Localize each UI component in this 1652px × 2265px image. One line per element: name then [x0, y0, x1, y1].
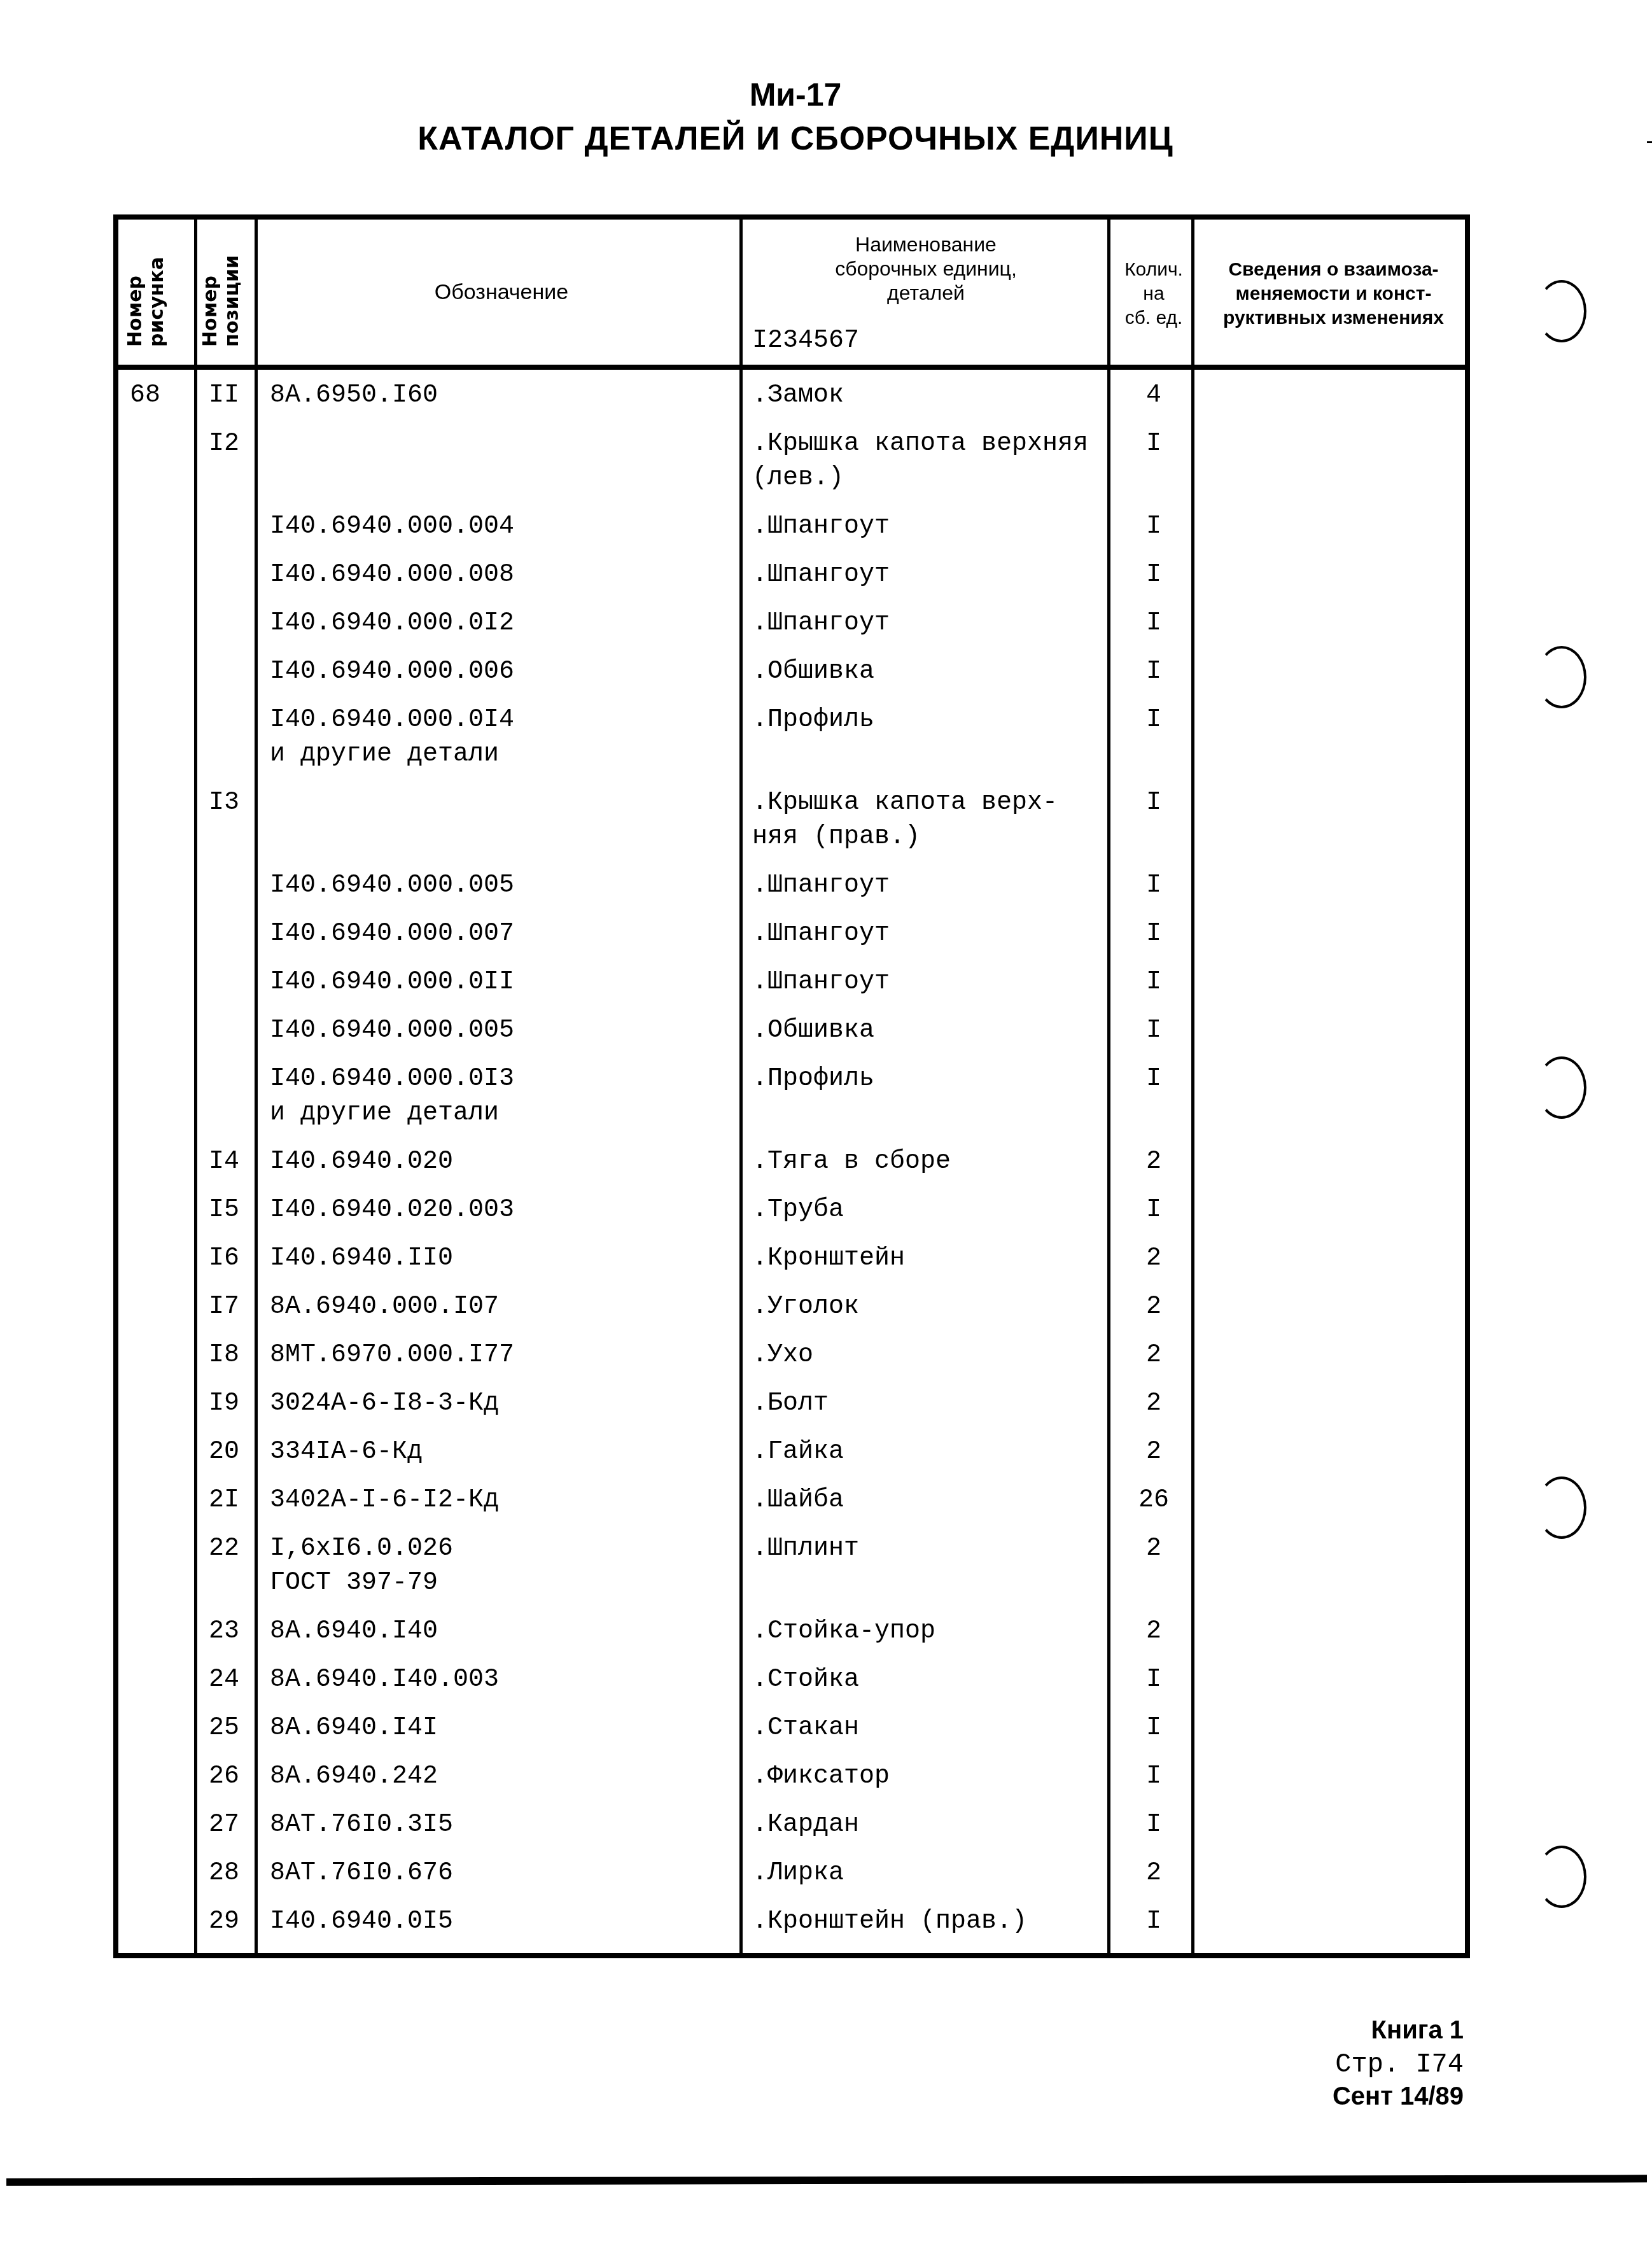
header-position-number: Номер позиции — [200, 255, 243, 347]
designation-cell: 8АТ.76I0.3I5 — [270, 1808, 741, 1842]
quantity-cell: 2 — [1112, 1242, 1195, 1276]
part-name-cell: .Шпангоут — [752, 917, 1109, 951]
punch-hole-icon — [1537, 1476, 1586, 1539]
punch-hole-icon — [1537, 280, 1586, 342]
designation-cell: 8АТ.76I0.676 — [270, 1856, 741, 1891]
header-qty-line2: на — [1112, 282, 1195, 306]
quantity-cell: 2 — [1112, 1387, 1195, 1421]
designation-cell: I40.6940.0I5 — [270, 1905, 741, 1939]
header-name-line3: деталей — [742, 281, 1110, 305]
part-name-cell: .Профиль — [752, 1062, 1109, 1097]
quantity-cell: I — [1112, 510, 1195, 544]
revision-date: Сент 14/89 — [1333, 2082, 1464, 2111]
position-number-cell: 2I — [195, 1483, 253, 1518]
designation-cell: 8А.6940.I40.003 — [270, 1663, 741, 1697]
part-name-cell: .Труба — [752, 1193, 1109, 1228]
part-name-cell: .Уголок — [752, 1290, 1109, 1324]
position-number-cell: I8 — [195, 1338, 253, 1373]
designation-cell: I40.6940.000.0II — [270, 965, 741, 1000]
part-name-cell: .Стойка — [752, 1663, 1109, 1697]
quantity-cell: I — [1112, 1663, 1195, 1697]
quantity-cell: 2 — [1112, 1435, 1195, 1469]
position-number-cell: I9 — [195, 1387, 253, 1421]
quantity-cell: 2 — [1112, 1856, 1195, 1891]
quantity-cell: 4 — [1112, 379, 1195, 413]
designation-cell: I40.6940.000.0I4 и другие детали — [270, 703, 741, 772]
part-name-cell: .Кронштейн (прав.) — [752, 1905, 1109, 1939]
part-name-cell: .Ухо — [752, 1338, 1109, 1373]
header-name: Наименование сборочных единиц, деталей — [742, 232, 1110, 305]
quantity-cell: I — [1112, 869, 1195, 903]
header-position-line1: Номер — [200, 255, 221, 347]
designation-cell: I40.6940.000.0I3 и другие детали — [270, 1062, 741, 1131]
quantity-cell: I — [1112, 1062, 1195, 1097]
quantity-cell: I — [1112, 917, 1195, 951]
position-number-cell: I5 — [195, 1193, 253, 1228]
designation-cell: I40.6940.000.006 — [270, 655, 741, 689]
part-name-cell: .Крышка капота верхняя (лев.) — [752, 427, 1109, 496]
header-quantity: Колич. на сб. ед. — [1112, 258, 1195, 330]
header-figure-number: Номер рисунка — [125, 257, 168, 347]
page-number: Стр. I74 — [1335, 2049, 1464, 2080]
header-indent-digits: I234567 — [752, 326, 859, 355]
designation-cell: I40.6940.000.005 — [270, 1014, 741, 1048]
designation-cell: I40.6940.000.005 — [270, 869, 741, 903]
designation-cell: I40.6940.000.0I2 — [270, 607, 741, 641]
punch-hole-icon — [1537, 1846, 1586, 1908]
punch-hole-icon — [1537, 646, 1586, 708]
designation-cell: I40.6940.020.003 — [270, 1193, 741, 1228]
part-name-cell: .Профиль — [752, 703, 1109, 738]
header-figure-line1: Номер — [125, 257, 146, 347]
designation-cell: 8А.6940.I4I — [270, 1711, 741, 1746]
designation-cell: 334IА-6-Кд — [270, 1435, 741, 1469]
part-name-cell: .Кронштейн — [752, 1242, 1109, 1276]
position-number-cell: 24 — [195, 1663, 253, 1697]
part-name-cell: .Обшивка — [752, 1014, 1109, 1048]
part-name-cell: .Шпангоут — [752, 558, 1109, 593]
part-name-cell: .Обшивка — [752, 655, 1109, 689]
designation-cell: 3024А-6-I8-3-Кд — [270, 1387, 741, 1421]
quantity-cell: 26 — [1112, 1483, 1195, 1518]
header-figure-line2: рисунка — [146, 257, 168, 347]
designation-cell: I40.6940.000.008 — [270, 558, 741, 593]
position-number-cell: 27 — [195, 1808, 253, 1842]
position-number-cell: 23 — [195, 1615, 253, 1649]
aircraft-title: Ми-17 — [0, 76, 1591, 113]
quantity-cell: I — [1112, 655, 1195, 689]
quantity-cell: I — [1112, 1014, 1195, 1048]
part-name-cell: .Болт — [752, 1387, 1109, 1421]
quantity-cell: I — [1112, 1808, 1195, 1842]
part-name-cell: .Крышка капота верх- няя (прав.) — [752, 786, 1109, 855]
header-position-line2: позиции — [221, 255, 243, 347]
part-name-cell: .Шпангоут — [752, 869, 1109, 903]
position-number-cell: I3 — [195, 786, 253, 820]
designation-cell: 8А.6940.242 — [270, 1760, 741, 1794]
position-number-cell: I4 — [195, 1145, 253, 1179]
part-name-cell: .Стакан — [752, 1711, 1109, 1746]
header-interchangeability: Сведения о взаимоза- меняемости и конст-… — [1198, 258, 1469, 330]
designation-cell: 8А.6950.I60 — [270, 379, 741, 413]
book-number: Книга 1 — [1371, 2016, 1464, 2045]
margin-tick — [1647, 141, 1652, 143]
parts-catalog-table: Номер рисунка Номер позиции Обозначение … — [113, 214, 1470, 1958]
quantity-cell: I — [1112, 1905, 1195, 1939]
designation-cell: I40.6940.II0 — [270, 1242, 741, 1276]
quantity-cell: 2 — [1112, 1532, 1195, 1566]
header-divider — [118, 365, 1465, 370]
punch-hole-icon — [1537, 1056, 1586, 1119]
designation-cell: 8А.6940.000.I07 — [270, 1290, 741, 1324]
position-number-cell: 29 — [195, 1905, 253, 1939]
header-info-line1: Сведения о взаимоза- — [1198, 258, 1469, 282]
part-name-cell: .Фиксатор — [752, 1760, 1109, 1794]
part-name-cell: .Кардан — [752, 1808, 1109, 1842]
quantity-cell: I — [1112, 1711, 1195, 1746]
quantity-cell: 2 — [1112, 1338, 1195, 1373]
designation-cell: I40.6940.000.007 — [270, 917, 741, 951]
quantity-cell: 2 — [1112, 1615, 1195, 1649]
quantity-cell: I — [1112, 427, 1195, 461]
position-number-cell: 28 — [195, 1856, 253, 1891]
quantity-cell: I — [1112, 1193, 1195, 1228]
designation-cell: I40.6940.020 — [270, 1145, 741, 1179]
quantity-cell: I — [1112, 786, 1195, 820]
position-number-cell: I6 — [195, 1242, 253, 1276]
header-qty-line3: сб. ед. — [1112, 306, 1195, 330]
part-name-cell: .Стойка-упор — [752, 1615, 1109, 1649]
page-bottom-rule — [6, 2175, 1647, 2185]
quantity-cell: I — [1112, 558, 1195, 593]
part-name-cell: .Шпангоут — [752, 510, 1109, 544]
part-name-cell: .Шпангоут — [752, 965, 1109, 1000]
position-number-cell: 26 — [195, 1760, 253, 1794]
designation-cell: I40.6940.000.004 — [270, 510, 741, 544]
part-name-cell: .Тяга в сборе — [752, 1145, 1109, 1179]
column-divider — [255, 220, 258, 1953]
quantity-cell: I — [1112, 965, 1195, 1000]
quantity-cell: I — [1112, 607, 1195, 641]
designation-cell: I,6xI6.0.026 ГОСТ 397-79 — [270, 1532, 741, 1601]
designation-cell: 3402А-I-6-I2-Кд — [270, 1483, 741, 1518]
header-designation: Обозначение — [260, 280, 743, 305]
quantity-cell: 2 — [1112, 1290, 1195, 1324]
figure-number-cell: 68 — [130, 379, 193, 413]
position-number-cell: I2 — [195, 427, 253, 461]
catalog-title: КАТАЛОГ ДЕТАЛЕЙ И СБОРОЧНЫХ ЕДИНИЦ — [0, 120, 1591, 158]
header-info-line2: меняемости и конст- — [1198, 282, 1469, 306]
position-number-cell: 20 — [195, 1435, 253, 1469]
quantity-cell: I — [1112, 703, 1195, 738]
quantity-cell: I — [1112, 1760, 1195, 1794]
header-name-line2: сборочных единиц, — [742, 256, 1110, 281]
position-number-cell: I7 — [195, 1290, 253, 1324]
quantity-cell: 2 — [1112, 1145, 1195, 1179]
part-name-cell: .Шпангоут — [752, 607, 1109, 641]
header-name-line1: Наименование — [742, 232, 1110, 256]
part-name-cell: .Лирка — [752, 1856, 1109, 1891]
part-name-cell: .Замок — [752, 379, 1109, 413]
part-name-cell: .Шплинт — [752, 1532, 1109, 1566]
position-number-cell: 25 — [195, 1711, 253, 1746]
header-info-line3: руктивных изменениях — [1198, 306, 1469, 330]
header-qty-line1: Колич. — [1112, 258, 1195, 282]
part-name-cell: .Гайка — [752, 1435, 1109, 1469]
position-number-cell: II — [195, 379, 253, 413]
part-name-cell: .Шайба — [752, 1483, 1109, 1518]
designation-cell: 8А.6940.I40 — [270, 1615, 741, 1649]
designation-cell: 8МТ.6970.000.I77 — [270, 1338, 741, 1373]
position-number-cell: 22 — [195, 1532, 253, 1566]
